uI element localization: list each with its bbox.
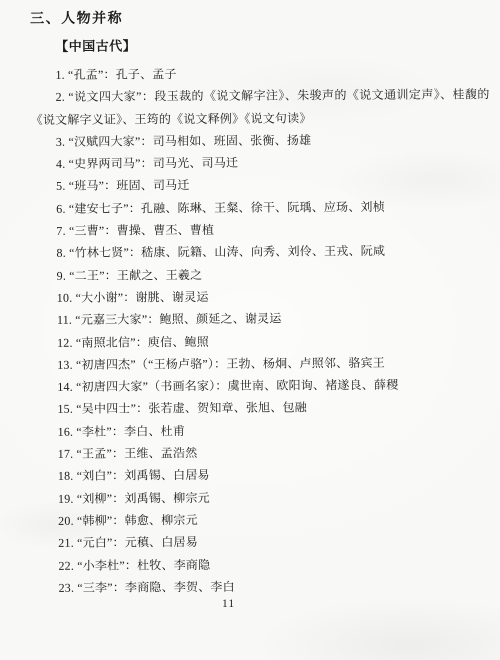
- numbered-list: 1. “孔孟”：孔子、孟子2. “说文四大家”：段玉裁的《说文解字注》、朱骏声的…: [30, 61, 492, 599]
- list-item: 7. “三曹”：曹操、曹丕、曹植: [31, 217, 490, 242]
- list-item: 20. “韩柳”：韩愈、柳宗元: [33, 507, 492, 532]
- list-item: 4. “史界两司马”：司马光、司马迁: [31, 150, 490, 175]
- section-heading: 【中国古代】: [30, 34, 489, 57]
- list-item: 8. “竹林七贤”：嵇康、阮籍、山涛、向秀、刘伶、王戎、阮咸: [31, 240, 490, 265]
- list-item: 11. “元嘉三大家”：鲍照、颜延之、谢灵运: [32, 306, 491, 331]
- list-item: 12. “南照北信”：庾信、鲍照: [32, 329, 491, 354]
- list-item: 21. “元白”：元稹、白居易: [33, 529, 492, 554]
- list-item: 22. “小李杜”：杜牧、李商隐: [33, 552, 492, 577]
- list-item: 2. “说文四大家”：段玉裁的《说文解字注》、朱骏声的《说文通训定声》、桂馥的《…: [30, 83, 489, 130]
- list-item: 19. “刘柳”：刘禹锡、柳宗元: [33, 485, 492, 510]
- scanned-page: { "document": { "title": "三、人物并称", "sect…: [0, 0, 500, 660]
- list-item: 3. “汉赋四大家”：司马相如、班固、张衡、扬雄: [31, 128, 490, 153]
- page-number: 11: [222, 598, 235, 610]
- list-item: 5. “班马”：班固、司马迁: [31, 173, 490, 198]
- list-item: 1. “孔孟”：孔子、孟子: [30, 61, 489, 86]
- list-item: 9. “二王”：王献之、王羲之: [32, 262, 491, 287]
- page-content: 三、人物并称 【中国古代】 1. “孔孟”：孔子、孟子2. “说文四大家”：段玉…: [30, 3, 493, 599]
- list-item: 14. “初唐四大家”（书画名家）：虞世南、欧阳询、褚遂良、薛稷: [32, 373, 491, 398]
- list-item: 15. “吴中四士”：张若虚、贺知章、张旭、包融: [32, 396, 491, 421]
- list-item: 18. “刘白”：刘禹锡、白居易: [33, 463, 492, 488]
- list-item: 23. “三李”：李商隐、李贺、李白: [33, 574, 492, 599]
- list-item: 6. “建安七子”：孔融、陈琳、王粲、徐干、阮瑀、应玚、刘桢: [31, 195, 490, 220]
- list-item: 13. “初唐四杰”（“王杨卢骆”）：王勃、杨炯、卢照邻、骆宾王: [32, 351, 491, 376]
- page-title: 三、人物并称: [30, 7, 489, 30]
- list-item: 17. “王孟”：王维、孟浩然: [33, 440, 492, 465]
- list-item: 16. “李杜”：李白、杜甫: [33, 418, 492, 443]
- list-item: 10. “大小谢”：谢朓、谢灵运: [32, 284, 491, 309]
